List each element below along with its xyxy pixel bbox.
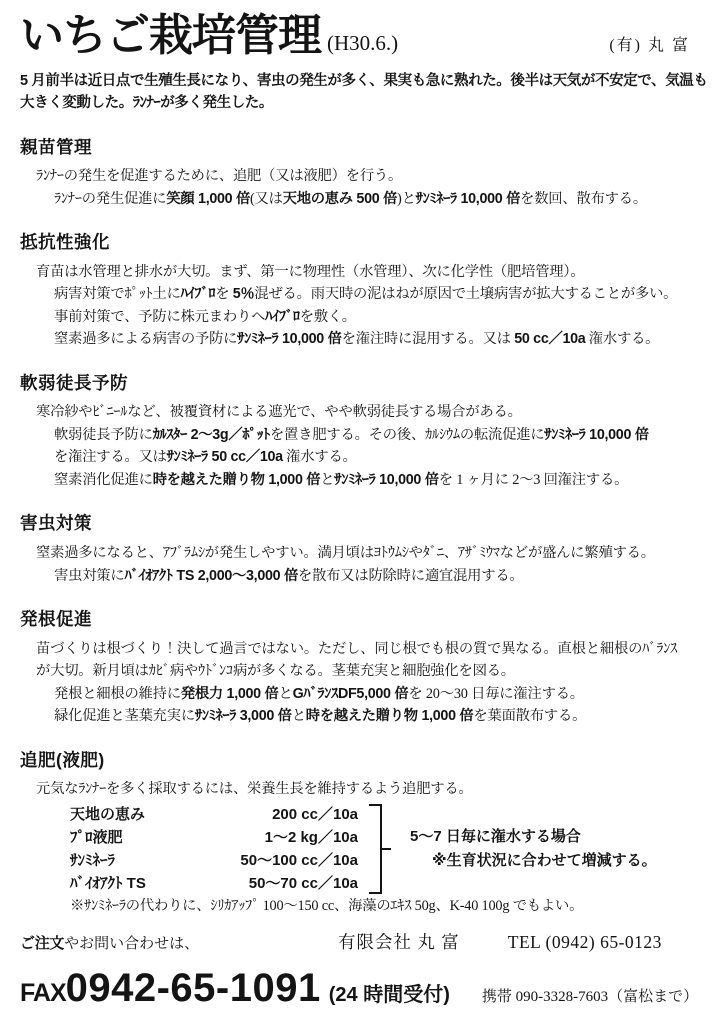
fertilizer-name: ｻﾝﾐﾈｰﾗ xyxy=(70,849,240,872)
tel-number: TEL (0942) 65-0123 xyxy=(508,932,662,953)
fertilizer-amount: 200 cc／10a xyxy=(240,803,358,826)
fertilizer-amount: 50～70 cc／10a xyxy=(240,872,358,895)
body-text: 苗づくりは根づくり！決して過言ではない。ただし、同じ根でも根の質で異なる。直根と… xyxy=(36,641,677,657)
body-text: を敷く。 xyxy=(300,309,356,325)
section-oyanae-kanri: 親苗管理ﾗﾝﾅｰの発生を促進するために、追肥（又は液肥）を行う。ﾗﾝﾅｰの発生促… xyxy=(20,136,716,211)
fax-label: FAX xyxy=(20,979,66,1008)
fax-number: 0942-65-1091 xyxy=(66,968,321,1008)
body-text: を置き肥する。その後、ｶﾙｼｳﾑの転流促進に xyxy=(270,427,544,443)
emphasis-text: ﾊｲﾌﾞﾛ xyxy=(181,286,216,302)
fertilizer-amount: 1～2 kg／10a xyxy=(240,826,358,849)
body-text: を散布又は防除時に適宜混用する。 xyxy=(298,568,524,584)
table-row: ｻﾝﾐﾈｰﾗ50～100 cc／10a xyxy=(70,849,358,872)
body-text: )と xyxy=(397,191,416,207)
fertilizer-table: 天地の恵み200 cc／10aﾌﾟﾛ液肥1～2 kg／10aｻﾝﾐﾈｰﾗ50～1… xyxy=(70,803,716,895)
page-title-text: いちご栽培管理 xyxy=(20,11,321,60)
bracket-note: 5～7 日毎に潅水する場合※生育状況に合わせて増減する。 xyxy=(410,825,657,873)
emphasis-text: GﾊﾞﾗﾝｽDF5,000 倍 xyxy=(293,686,409,702)
body-text: と xyxy=(292,708,306,724)
text-line: 窒素過多による病害の予防にｻﾝﾐﾈｰﾗ 10,000 倍を潅注時に混用する。又は… xyxy=(20,328,716,351)
body-text: ※ｻﾝﾐﾈｰﾗの代わりに、ｼﾘｶｱｯﾌﾟ 100～150 cc、海藻のｴｷｽ 5… xyxy=(70,898,583,914)
body-text: を数回、散布する。 xyxy=(520,191,647,207)
section-heading: 親苗管理 xyxy=(20,136,716,160)
company-label: (有) 丸 富 xyxy=(609,32,690,60)
table-row: 天地の恵み200 cc／10a xyxy=(70,803,358,826)
body-text: ﾗﾝﾅｰの発生を促進するために、追肥（又は液肥）を行う。 xyxy=(36,168,402,184)
emphasis-text: ｻﾝﾐﾈｰﾗ 3,000 倍 xyxy=(195,708,292,724)
emphasis-text: ｻﾝﾐﾈｰﾗ 10,000 倍 xyxy=(334,472,438,488)
section-nanjaku-tochou-yobou: 軟弱徒長予防寒冷紗やﾋﾞﾆｰﾙなど、被覆資材による遮光で、やや軟弱徒長する場合が… xyxy=(20,372,716,492)
body-text: と xyxy=(320,472,334,488)
emphasis-text: 発根力 1,000 倍 xyxy=(181,686,279,702)
table-row: ﾊﾞｲｵｱｸﾄ TS50～70 cc／10a xyxy=(70,872,358,895)
text-line: ﾗﾝﾅｰの発生促進に笑顔 1,000 倍(又は天地の恵み 500 倍)とｻﾝﾐﾈ… xyxy=(20,188,716,211)
section-heading: 抵抗性強化 xyxy=(20,231,716,255)
section-heading: 軟弱徒長予防 xyxy=(20,372,716,396)
emphasis-text: ｻﾝﾐﾈｰﾗ 50 cc／10a xyxy=(167,449,283,465)
body-text: 緑化促進と茎葉充実に xyxy=(54,708,195,724)
contact-note-emphasis: ご注文 xyxy=(20,935,64,952)
body-text: を葉面散布する。 xyxy=(473,708,586,724)
title-date-suffix: (H30.6.) xyxy=(327,31,398,55)
fax-row: FAX 0942-65-1091 (24 時間受付) 携帯 090-3328-7… xyxy=(20,968,716,1008)
body-text: を xyxy=(215,286,232,302)
table-bracket xyxy=(368,803,392,895)
section-gaichuu-taisaku: 害虫対策窒素過多になると、ｱﾌﾞﾗﾑｼが発生しやすい。満月頃はﾖﾄｳﾑｼやﾀﾞﾆ… xyxy=(20,512,716,587)
contact-note-rest: やお問い合わせは、 xyxy=(64,936,199,952)
emphasis-text: ｻﾝﾐﾈｰﾗ 10,000 倍 xyxy=(416,191,520,207)
body-text: を 1 ヶ月に 2～3 回潅注する。 xyxy=(439,472,628,488)
body-text: 育苗は水管理と排水が大切。まず、第一に物理性（水管理）、次に化学性（肥培管理）。 xyxy=(36,264,584,280)
fertilizer-name: 天地の恵み xyxy=(70,803,240,826)
emphasis-text: 50 cc／10a xyxy=(514,331,585,347)
emphasis-text: ｶﾙｽﾀｰ 2～3g／ﾎﾟｯﾄ xyxy=(153,427,270,443)
text-line: 軟弱徒長予防にｶﾙｽﾀｰ 2～3g／ﾎﾟｯﾄを置き肥する。その後、ｶﾙｼｳﾑの転… xyxy=(20,424,716,447)
fertilizer-rows: 天地の恵み200 cc／10aﾌﾟﾛ液肥1～2 kg／10aｻﾝﾐﾈｰﾗ50～1… xyxy=(70,803,358,895)
table-row: ﾌﾟﾛ液肥1～2 kg／10a xyxy=(70,826,358,849)
text-line: 緑化促進と茎葉充実にｻﾝﾐﾈｰﾗ 3,000 倍と時を越えた贈り物 1,000 … xyxy=(20,705,716,728)
body-text: 窒素消化促進に xyxy=(54,472,153,488)
body-text: 窒素過多による病害の予防に xyxy=(54,331,237,347)
body-text: を潅注時に混用する。又は xyxy=(342,331,515,347)
emphasis-text: 5％ xyxy=(233,286,255,302)
fertilizer-amount: 50～100 cc／10a xyxy=(240,849,358,872)
header: いちご栽培管理(H30.6.) (有) 丸 富 xyxy=(20,12,716,60)
company-name: 有限会社 丸 富 xyxy=(338,929,460,954)
mobile-number: 携帯 090-3328-7603（富松まで） xyxy=(482,985,698,1006)
contact-note: ご注文やお問い合わせは、 xyxy=(20,932,338,953)
body-text: (又は xyxy=(250,191,283,207)
body-text: 潅水する。 xyxy=(585,331,659,347)
sections-container: 親苗管理ﾗﾝﾅｰの発生を促進するために、追肥（又は液肥）を行う。ﾗﾝﾅｰの発生促… xyxy=(20,136,716,918)
bracket-note-line2: ※生育状況に合わせて増減する。 xyxy=(410,849,657,873)
fax-hours-note: (24 時間受付) xyxy=(329,978,450,1007)
text-line: が大切。新月頃はｶﾋﾞ病やｳﾄﾞﾝｺ病が多くなる。茎葉充実と細胞強化を図る。 xyxy=(20,660,716,683)
text-line: 苗づくりは根づくり！決して過言ではない。ただし、同じ根でも根の質で異なる。直根と… xyxy=(20,638,716,661)
intro-line: 大きく変動した。ﾗﾝﾅｰが多く発生した。 xyxy=(20,92,716,115)
intro-line: 5 月前半は近日点で生殖生長になり、害虫の発生が多く、果実も急に熟れた。後半は天… xyxy=(20,70,716,93)
emphasis-text: ｻﾝﾐﾈｰﾗ 10,000 倍 xyxy=(544,427,648,443)
section-teikousei-kyouka: 抵抗性強化育苗は水管理と排水が大切。まず、第一に物理性（水管理）、次に化学性（肥… xyxy=(20,231,716,351)
section-heading: 発根促進 xyxy=(20,608,716,632)
bracket-note-line1: 5～7 日毎に潅水する場合 xyxy=(410,825,657,849)
intro-paragraph: 5 月前半は近日点で生殖生長になり、害虫の発生が多く、果実も急に熟れた。後半は天… xyxy=(20,70,716,115)
body-text: を潅注する。又は xyxy=(54,449,167,465)
body-text: ﾗﾝﾅｰの発生促進に xyxy=(54,191,166,207)
body-text: が大切。新月頃はｶﾋﾞ病やｳﾄﾞﾝｺ病が多くなる。茎葉充実と細胞強化を図る。 xyxy=(36,663,515,679)
table-footnote: ※ｻﾝﾐﾈｰﾗの代わりに、ｼﾘｶｱｯﾌﾟ 100～150 cc、海藻のｴｷｽ 5… xyxy=(20,895,716,918)
section-tsuihi-ekihi: 追肥(液肥)元気なﾗﾝﾅｰを多く採取するには、栄養生長を維持するよう追肥する。天… xyxy=(20,749,716,918)
emphasis-text: 時を越えた贈り物 1,000 倍 xyxy=(306,708,474,724)
section-hakkon-sokushin: 発根促進苗づくりは根づくり！決して過言ではない。ただし、同じ根でも根の質で異なる… xyxy=(20,608,716,728)
text-line: 発根と細根の維持に発根力 1,000 倍とGﾊﾞﾗﾝｽDF5,000 倍を 20… xyxy=(20,683,716,706)
body-text: を 20～30 日毎に潅注する。 xyxy=(408,686,584,702)
body-text: 事前対策で、予防に株元まわりへ xyxy=(54,309,265,325)
emphasis-text: 笑顔 1,000 倍 xyxy=(166,191,250,207)
text-line: を潅注する。又はｻﾝﾐﾈｰﾗ 50 cc／10a 潅水する。 xyxy=(20,446,716,469)
emphasis-text: 天地の恵み 500 倍 xyxy=(283,191,397,207)
body-text: 害虫対策に xyxy=(54,568,124,584)
emphasis-text: 時を越えた贈り物 1,000 倍 xyxy=(153,472,321,488)
text-line: 事前対策で、予防に株元まわりへﾊｲﾌﾞﾛを敷く。 xyxy=(20,306,716,329)
section-heading: 追肥(液肥) xyxy=(20,749,716,773)
text-line: 病害対策でﾎﾟｯﾄ土にﾊｲﾌﾞﾛを 5％混ぜる。雨天時の泥はねが原因で土壌病害が… xyxy=(20,283,716,306)
body-text: 軟弱徒長予防に xyxy=(54,427,153,443)
section-heading: 害虫対策 xyxy=(20,512,716,536)
emphasis-text: ﾊﾞｲｵｱｸﾄ TS 2,000～3,000 倍 xyxy=(124,568,297,584)
text-line: 窒素過多になると、ｱﾌﾞﾗﾑｼが発生しやすい。満月頃はﾖﾄｳﾑｼやﾀﾞﾆ、ｱｻﾞ… xyxy=(20,542,716,565)
text-line: 寒冷紗やﾋﾞﾆｰﾙなど、被覆資材による遮光で、やや軟弱徒長する場合がある。 xyxy=(20,401,716,424)
fertilizer-name: ﾌﾟﾛ液肥 xyxy=(70,826,240,849)
emphasis-text: ｻﾝﾐﾈｰﾗ 10,000 倍 xyxy=(237,331,341,347)
body-text: 潅水する。 xyxy=(283,449,357,465)
body-text: 窒素過多になると、ｱﾌﾞﾗﾑｼが発生しやすい。満月頃はﾖﾄｳﾑｼやﾀﾞﾆ、ｱｻﾞ… xyxy=(36,545,655,561)
footer: ご注文やお問い合わせは、 有限会社 丸 富 TEL (0942) 65-0123… xyxy=(20,929,716,1008)
body-text: 元気なﾗﾝﾅｰを多く採取するには、栄養生長を維持するよう追肥する。 xyxy=(36,781,473,797)
page-title: いちご栽培管理(H30.6.) xyxy=(20,12,398,60)
document-page: いちご栽培管理(H30.6.) (有) 丸 富 5 月前半は近日点で生殖生長にな… xyxy=(0,0,724,1024)
text-line: 育苗は水管理と排水が大切。まず、第一に物理性（水管理）、次に化学性（肥培管理）。 xyxy=(20,261,716,284)
body-text: 病害対策でﾎﾟｯﾄ土に xyxy=(54,286,181,302)
text-line: 窒素消化促進に時を越えた贈り物 1,000 倍とｻﾝﾐﾈｰﾗ 10,000 倍を… xyxy=(20,469,716,492)
body-text: と xyxy=(278,686,292,702)
text-line: 害虫対策にﾊﾞｲｵｱｸﾄ TS 2,000～3,000 倍を散布又は防除時に適宜… xyxy=(20,565,716,588)
text-line: ﾗﾝﾅｰの発生を促進するために、追肥（又は液肥）を行う。 xyxy=(20,165,716,188)
emphasis-text: ﾊｲﾌﾞﾛ xyxy=(265,309,300,325)
text-line: 元気なﾗﾝﾅｰを多く採取するには、栄養生長を維持するよう追肥する。 xyxy=(20,778,716,801)
fertilizer-name: ﾊﾞｲｵｱｸﾄ TS xyxy=(70,872,240,895)
body-text: 発根と細根の維持に xyxy=(54,686,181,702)
contact-row: ご注文やお問い合わせは、 有限会社 丸 富 TEL (0942) 65-0123 xyxy=(20,929,716,954)
body-text: 混ぜる。雨天時の泥はねが原因で土壌病害が拡大することが多い。 xyxy=(254,286,677,302)
body-text: 寒冷紗やﾋﾞﾆｰﾙなど、被覆資材による遮光で、やや軟弱徒長する場合がある。 xyxy=(36,404,522,420)
